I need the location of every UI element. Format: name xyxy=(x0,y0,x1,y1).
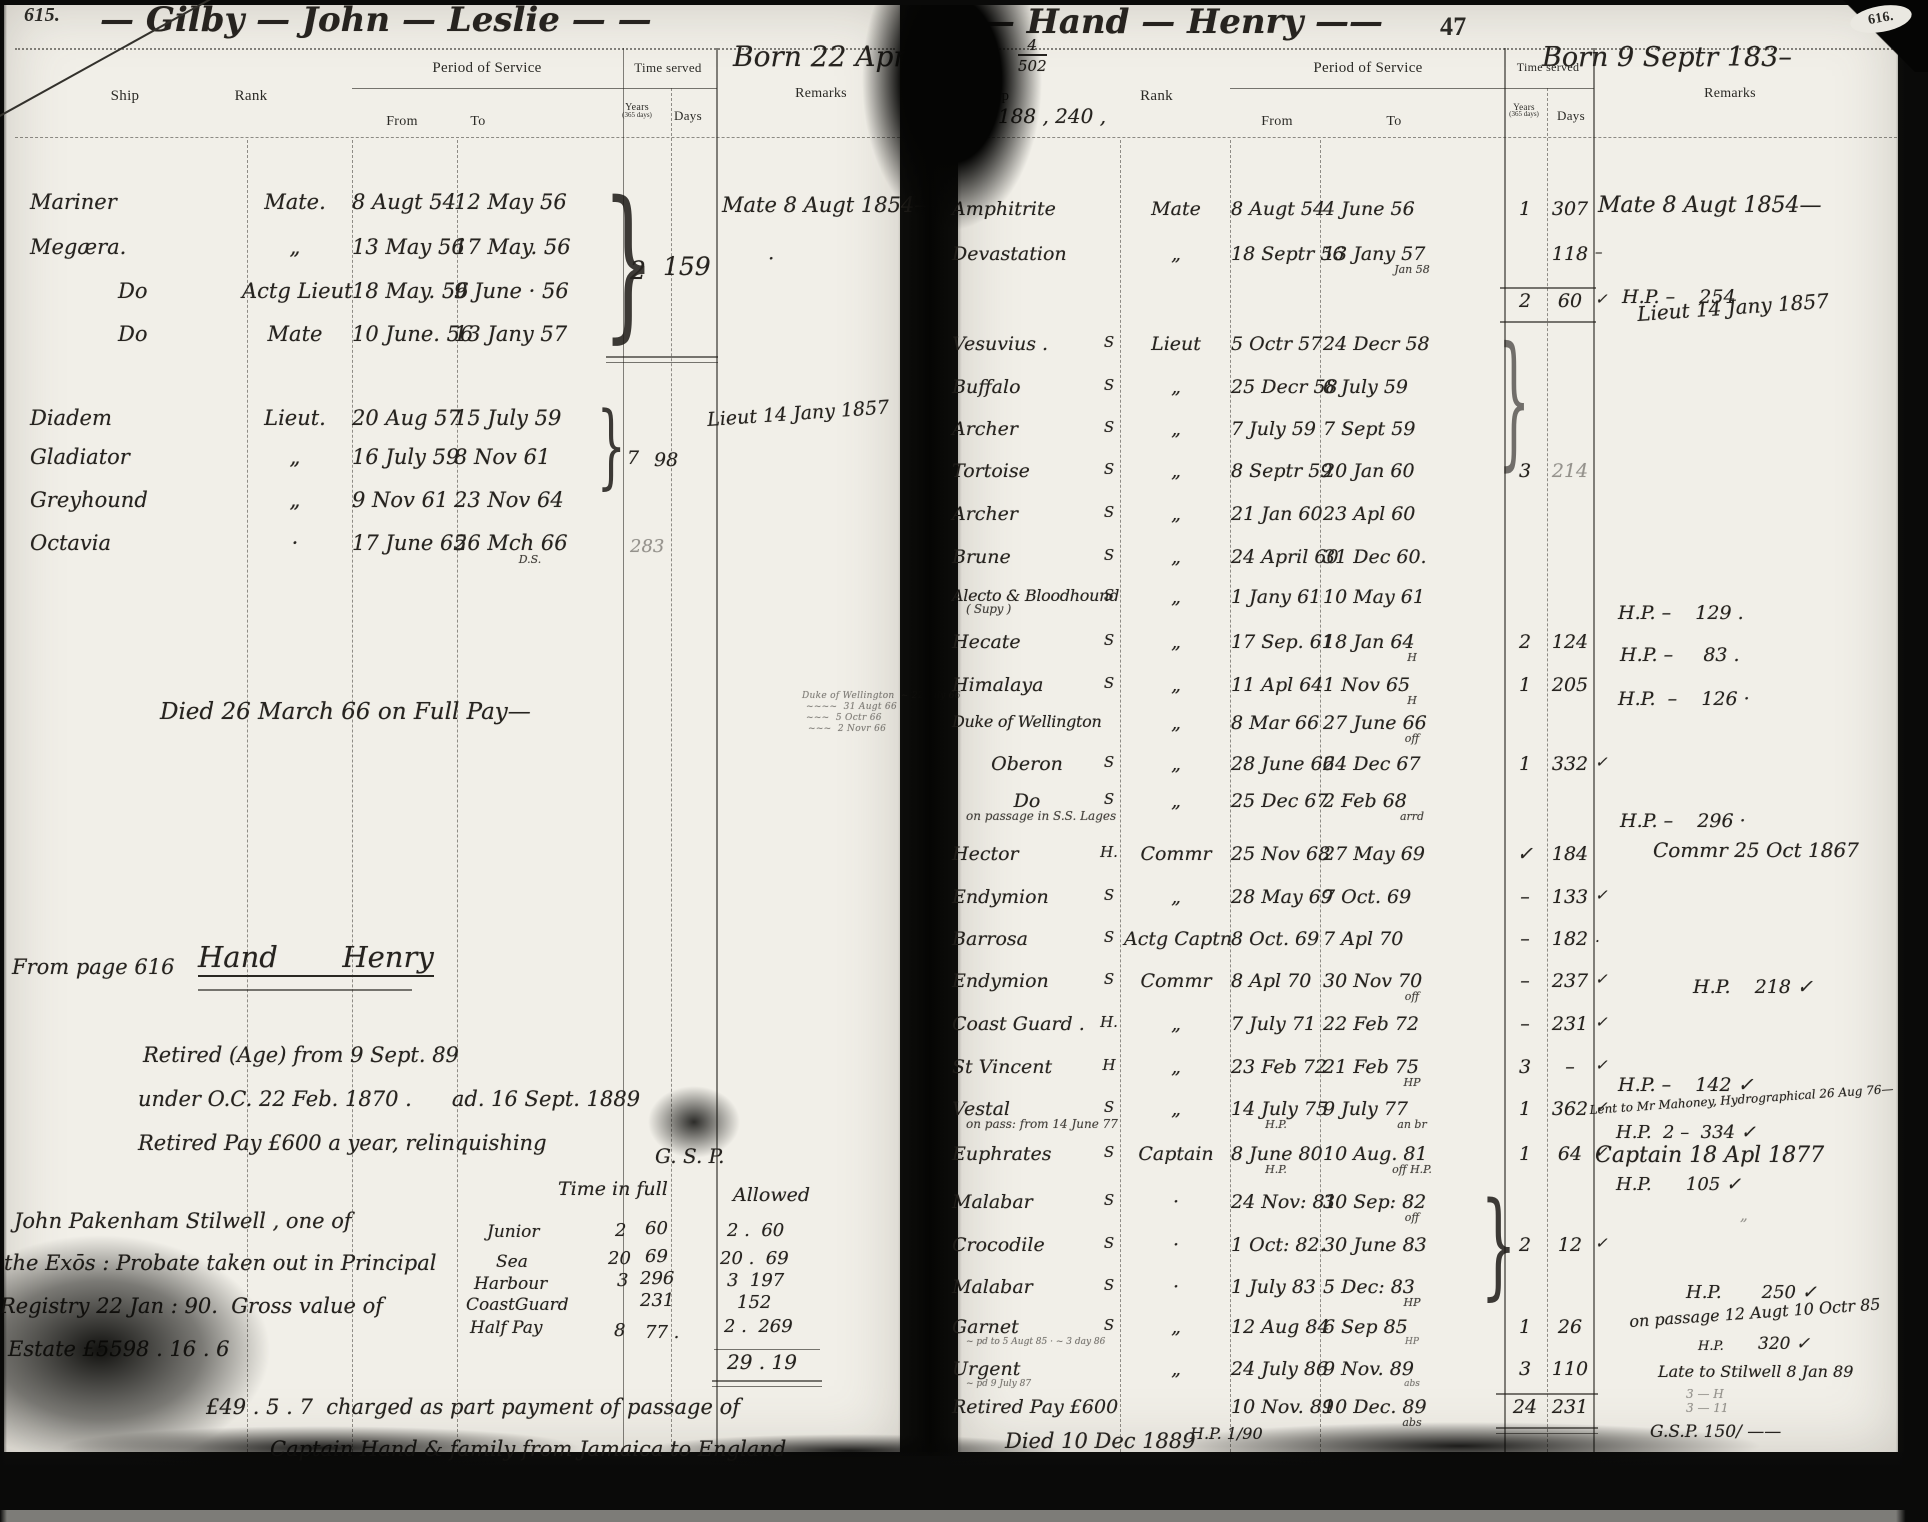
agent-remark: Late to Stilwell 8 Jan 89 xyxy=(1658,1364,1853,1381)
promotion-remark: Commr 25 Oct 1867 xyxy=(1653,840,1859,861)
half-pay-remark: H.P. – 83 . xyxy=(1620,646,1740,666)
tiny-annotation: ~~~ 5 Octr 66 xyxy=(806,714,882,723)
promotion-remark: Mate 8 Augt 1854— xyxy=(1598,194,1821,217)
tiny-annotation: ~~~~ 31 Augt 66 xyxy=(806,703,897,712)
half-pay-remark: H.P. – 126 · xyxy=(1618,690,1750,710)
scanned-ledger-spread: 615. — Gilby — John — Leslie — — —— Hand… xyxy=(0,0,1928,1522)
promotion-remark: Captain 18 Apl 1877 xyxy=(1595,1144,1824,1167)
handwritten-note: H.P. xyxy=(1698,1340,1724,1354)
half-pay-remark: H.P. – 296 · xyxy=(1620,812,1746,832)
half-pay-remark: H.P. 218 ✓ xyxy=(1693,978,1813,998)
tiny-annotation: ~~~ 2 Novr 66 xyxy=(808,725,886,734)
handwritten-note: 3 — H xyxy=(1686,1388,1724,1401)
handwritten-note: 320 ✓ xyxy=(1758,1336,1810,1354)
handwritten-note: „ xyxy=(1740,1208,1748,1224)
ink-blot xyxy=(648,1086,740,1158)
half-pay-remark: H.P. – 129 . xyxy=(1618,604,1744,624)
top-edge xyxy=(0,0,1928,5)
half-pay-remark: H.P. 2 – 334 ✓ xyxy=(1616,1124,1756,1143)
born-note: Born 9 Septr 183– xyxy=(1542,44,1792,72)
bottom-scan-band xyxy=(0,1452,1928,1510)
folio-right: 616. xyxy=(1867,9,1895,29)
bottom-scan-strip xyxy=(0,1510,1928,1522)
left-edge xyxy=(0,0,7,1522)
half-pay-remark: H.P. 105 ✓ xyxy=(1616,1176,1741,1195)
right-edge xyxy=(1896,0,1928,1522)
handwritten-note: 3 — 11 xyxy=(1686,1402,1729,1415)
